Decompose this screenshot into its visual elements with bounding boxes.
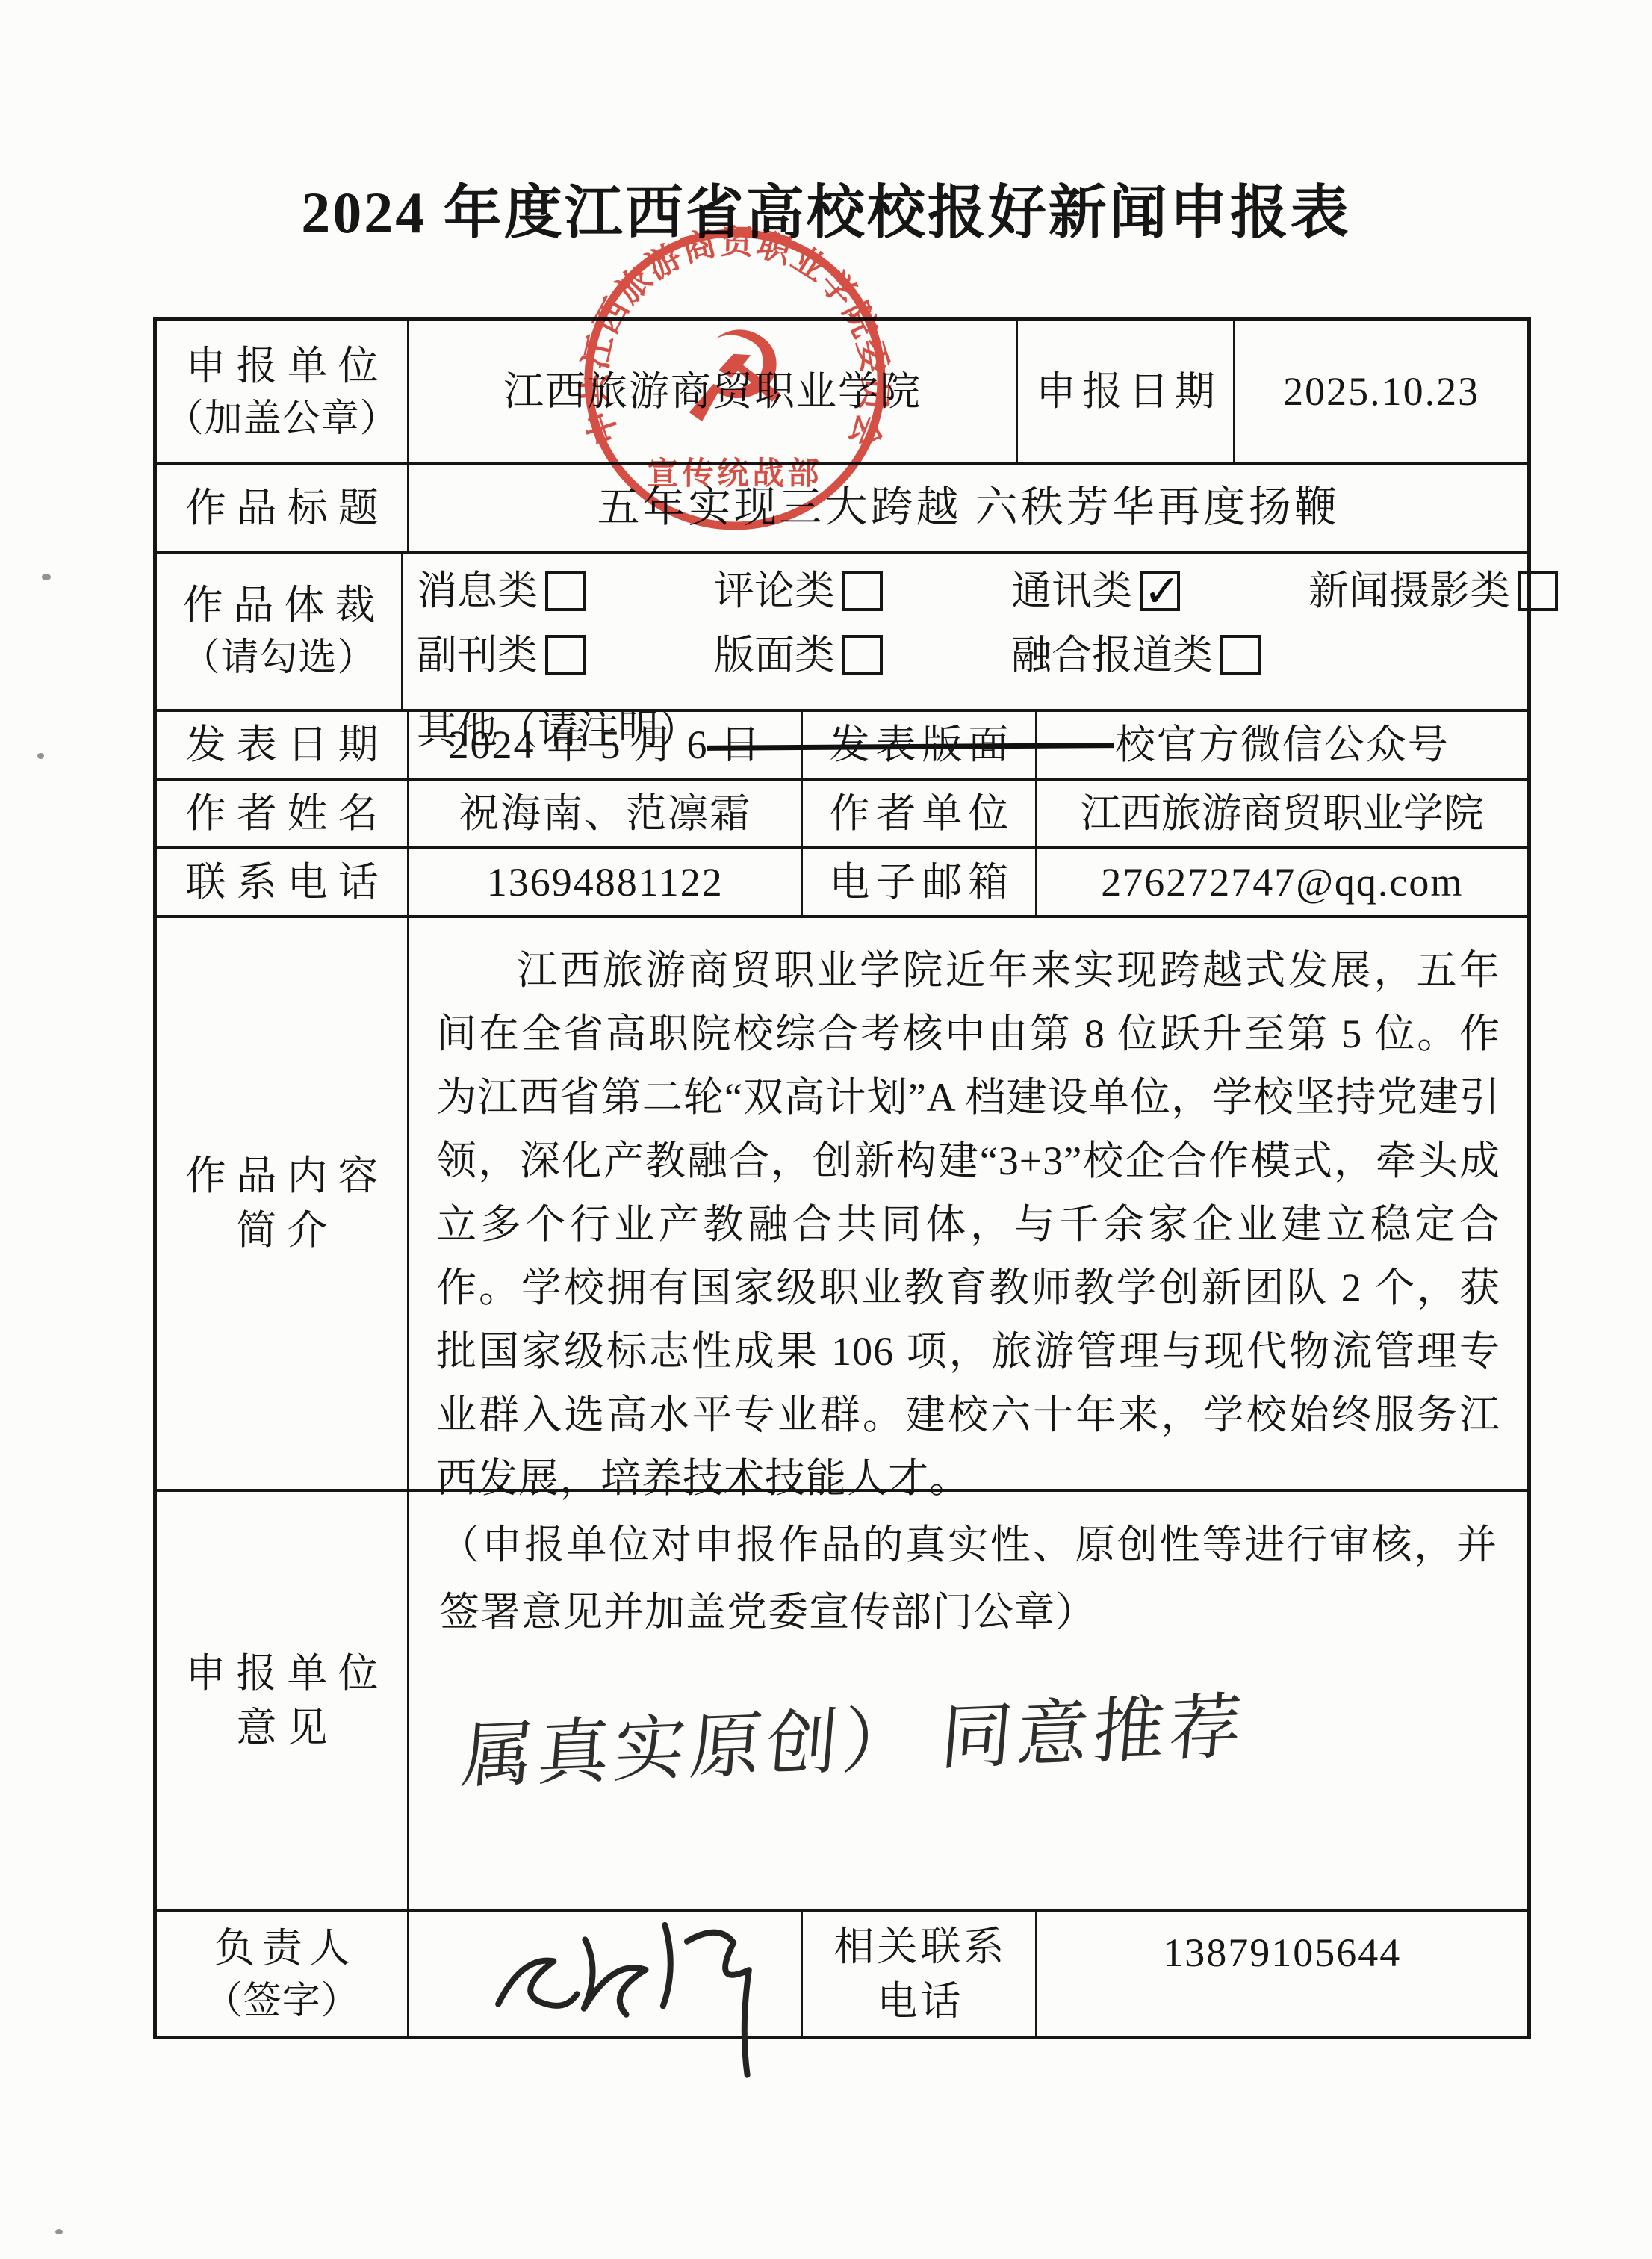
unit-opinion-handwriting: 属真实原创） 同意推荐 [458, 1679, 1249, 1806]
checkbox-tongxun-checked: ✓ [1140, 571, 1180, 611]
summary-label-cell: 作品内容 简介 [157, 918, 409, 1492]
genre-option-xiaoxi: 消息类 [417, 564, 714, 619]
summary-label: 作品内容 [176, 1149, 389, 1203]
contact-phone-label: 联系电话 [176, 855, 389, 910]
publish-date-value-cell: 2024 年 5 月 6 日 [409, 712, 803, 781]
responsible-sublabel: （签字） [205, 1976, 360, 2027]
genre-option-label: 通讯类 [1011, 564, 1132, 619]
genre-sublabel: （请勾选） [181, 633, 376, 684]
related-phone-label: 相关联系 [830, 1920, 1007, 1974]
email-label-cell: 电子邮箱 [803, 849, 1037, 918]
declaring-unit-value: 江西旅游商贸职业学院 [503, 365, 922, 419]
email-value: 276272747@qq.com [1101, 855, 1463, 910]
scan-speckle [55, 2229, 63, 2234]
genre-option-label: 版面类 [714, 628, 835, 683]
row-unit-opinion: 申报单位 意见 （申报单位对申报作品的真实性、原创性等进行审核，并签署意见并加盖… [157, 1492, 1527, 1912]
unit-opinion-sublabel: 意见 [226, 1701, 338, 1756]
genre-line-1: 消息类 评论类 通讯类 ✓ 新闻摄影类 [417, 567, 1558, 615]
row-summary: 作品内容 简介 江西旅游商贸职业学院近年来实现跨越式发展，五年间在全省高职院校综… [157, 918, 1527, 1492]
declaring-unit-sublabel: （加盖公章） [166, 394, 399, 445]
unit-opinion-note: （申报单位对申报作品的真实性、原创性等进行审核，并签署意见并加盖党委宣传部门公章… [439, 1511, 1497, 1646]
summary-value-cell: 江西旅游商贸职业学院近年来实现跨越式发展，五年间在全省高职院校综合考核中由第 8… [409, 918, 1527, 1492]
author-name-value: 祝海南、范凛霜 [459, 787, 751, 841]
genre-option-label: 评论类 [714, 564, 835, 619]
work-title-value: 五年实现三大跨越 六秩芳华再度扬鞭 [597, 480, 1339, 537]
genre-option-tongxun: 通讯类 ✓ [1011, 564, 1308, 619]
responsible-person-signature-scribble [476, 1897, 790, 2092]
row-declaring-unit: 申报单位 （加盖公章） 江西旅游商贸职业学院 申报日期 2025.10.23 [157, 321, 1527, 465]
publish-page-value-cell: 校官方微信公众号 [1037, 712, 1527, 781]
genre-options-cell: 消息类 评论类 通讯类 ✓ 新闻摄影类 副刊类 [403, 554, 1527, 712]
declaring-unit-label-cell: 申报单位 （加盖公章） [157, 321, 409, 465]
genre-option-pinglun: 评论类 [714, 564, 1011, 619]
author-name-value-cell: 祝海南、范凛霜 [409, 781, 803, 849]
row-work-title: 作品标题 五年实现三大跨越 六秩芳华再度扬鞭 [157, 465, 1527, 554]
publish-date-value: 2024 年 5 月 6 日 [448, 718, 762, 772]
unit-opinion-label-cell: 申报单位 意见 [157, 1492, 409, 1912]
row-publish: 发表日期 2024 年 5 月 6 日 发表版面 校官方微信公众号 [157, 712, 1527, 781]
checkbox-sheying [1518, 571, 1558, 611]
page-title: 2024 年度江西省高校校报好新闻申报表 [0, 166, 1652, 250]
contact-phone-label-cell: 联系电话 [157, 849, 409, 918]
row-responsible: 负责人 （签字） 相关联系 电话 13879105644 [157, 1912, 1527, 2036]
work-title-label-cell: 作品标题 [157, 465, 409, 554]
publish-page-label: 发表版面 [823, 718, 1014, 772]
genre-option-fukan: 副刊类 [417, 628, 714, 683]
declare-date-label-cell: 申报日期 [1018, 321, 1235, 465]
email-label: 电子邮箱 [823, 855, 1014, 910]
scan-speckle [42, 574, 51, 580]
related-phone-value: 13879105644 [1163, 1926, 1401, 1980]
row-author: 作者姓名 祝海南、范凛霜 作者单位 江西旅游商贸职业学院 [157, 781, 1527, 849]
declare-date-value: 2025.10.23 [1283, 365, 1479, 419]
related-phone-label-cell: 相关联系 电话 [803, 1912, 1037, 2036]
author-unit-value: 江西旅游商贸职业学院 [1081, 787, 1484, 841]
author-name-label-cell: 作者姓名 [157, 781, 409, 849]
contact-phone-value: 13694881122 [487, 855, 724, 910]
genre-option-ronghe: 融合报道类 [1011, 628, 1261, 683]
declare-date-value-cell: 2025.10.23 [1235, 321, 1527, 465]
declare-date-label: 申报日期 [1030, 365, 1221, 419]
scan-speckle [37, 753, 44, 759]
related-phone-value-cell: 13879105644 [1037, 1912, 1527, 2036]
publish-date-label-cell: 发表日期 [157, 712, 409, 781]
declaring-unit-value-cell: 江西旅游商贸职业学院 [409, 321, 1018, 465]
responsible-signature-cell [409, 1912, 803, 2036]
author-unit-value-cell: 江西旅游商贸职业学院 [1037, 781, 1527, 849]
unit-opinion-value-cell: （申报单位对申报作品的真实性、原创性等进行审核，并签署意见并加盖党委宣传部门公章… [409, 1492, 1527, 1912]
publish-page-value: 校官方微信公众号 [1115, 718, 1450, 772]
row-genre: 作品体裁 （请勾选） 消息类 评论类 通讯类 ✓ 新闻摄影类 [157, 554, 1527, 712]
author-unit-label: 作者单位 [823, 787, 1014, 841]
genre-option-label: 消息类 [417, 564, 538, 619]
publish-date-label: 发表日期 [176, 718, 389, 772]
checkbox-fukan [545, 635, 586, 675]
genre-option-label: 新闻摄影类 [1308, 564, 1510, 619]
genre-option-label: 融合报道类 [1011, 628, 1213, 683]
genre-label-cell: 作品体裁 （请勾选） [157, 554, 403, 712]
summary-sublabel: 简介 [226, 1203, 338, 1258]
genre-option-sheying: 新闻摄影类 [1308, 564, 1558, 619]
checkbox-pinglun [842, 571, 883, 611]
genre-option-label: 副刊类 [417, 628, 538, 683]
author-unit-label-cell: 作者单位 [803, 781, 1037, 849]
email-value-cell: 276272747@qq.com [1037, 849, 1527, 918]
publish-page-label-cell: 发表版面 [803, 712, 1037, 781]
checkbox-banmian [842, 635, 883, 675]
checkbox-xiaoxi [545, 571, 586, 611]
genre-label: 作品体裁 [173, 578, 386, 633]
checkbox-ronghe [1220, 635, 1261, 675]
application-form-table: 申报单位 （加盖公章） 江西旅游商贸职业学院 申报日期 2025.10.23 作… [153, 317, 1531, 2039]
responsible-label: 负责人 [207, 1921, 358, 1976]
scanned-application-form: { "page": { "title": "2024 年度江西省高校校报好新闻申… [0, 0, 1652, 2259]
summary-text: 江西旅游商贸职业学院近年来实现跨越式发展，五年间在全省高职院校综合考核中由第 8… [436, 939, 1500, 1510]
responsible-label-cell: 负责人 （签字） [157, 1912, 409, 2036]
declaring-unit-label: 申报单位 [176, 339, 389, 394]
author-name-label: 作者姓名 [176, 787, 389, 841]
row-contact: 联系电话 13694881122 电子邮箱 276272747@qq.com [157, 849, 1527, 918]
work-title-label: 作品标题 [176, 481, 389, 536]
related-phone-sublabel: 电话 [874, 1974, 963, 2029]
genre-line-2: 副刊类 版面类 融合报道类 [417, 631, 1261, 679]
contact-phone-value-cell: 13694881122 [409, 849, 803, 918]
genre-option-banmian: 版面类 [714, 628, 1011, 683]
work-title-value-cell: 五年实现三大跨越 六秩芳华再度扬鞭 [409, 465, 1527, 554]
unit-opinion-label: 申报单位 [176, 1646, 389, 1701]
